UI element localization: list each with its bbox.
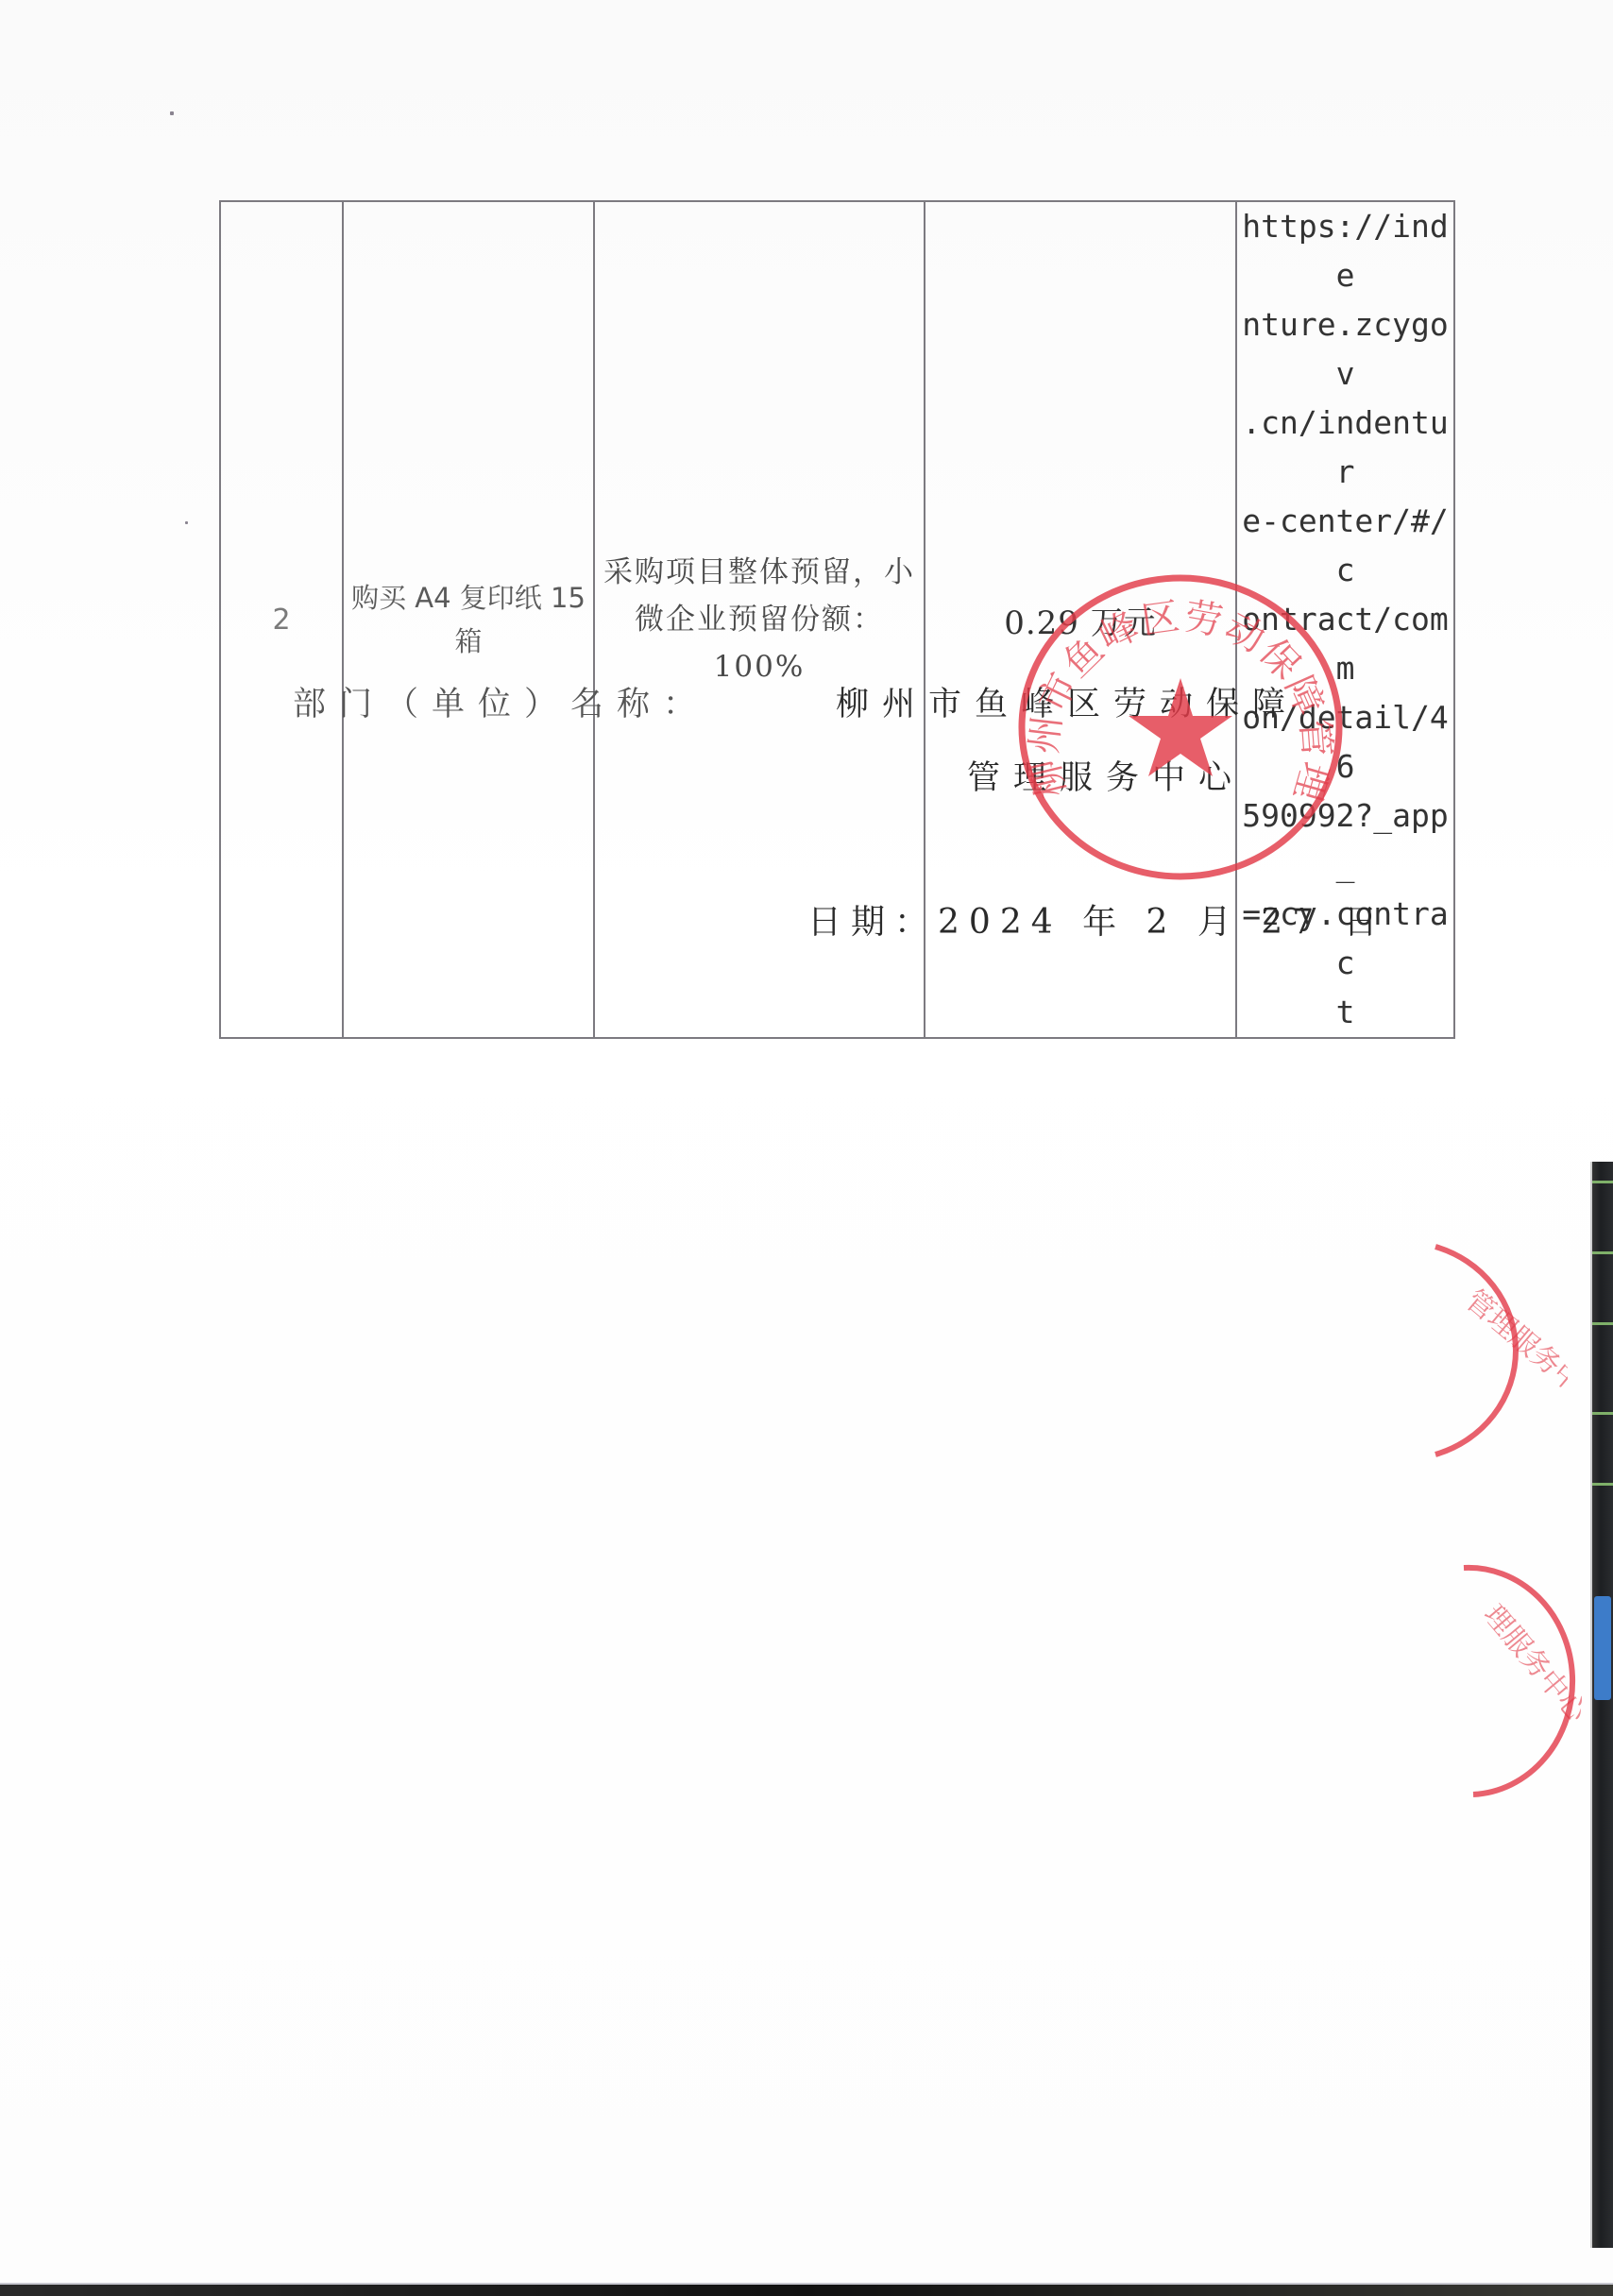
link-line[interactable]: 590992?_app_ — [1242, 797, 1449, 883]
link-line[interactable]: e-center/#/c — [1242, 502, 1449, 588]
row-number: 2 — [220, 201, 343, 1038]
unit-label: 部门（单位）名称： — [293, 678, 709, 725]
svg-text:管理服务中心: 管理服务中心 — [1459, 1284, 1568, 1419]
link-line[interactable]: nture.zcygov — [1242, 306, 1449, 392]
partial-seal-top: 管理服务中心 — [1426, 1237, 1568, 1464]
document-page: 2 购买 A4 复印纸 15 箱 采购项目整体预留，小微企业预留份额：100% … — [0, 0, 1613, 2296]
link-line[interactable]: ontract/comm — [1242, 601, 1449, 687]
scan-speck — [170, 111, 174, 115]
svg-text:理服务中心: 理服务中心 — [1477, 1599, 1587, 1729]
date-line: 日期：2024 年 2 月 27 日 — [807, 895, 1387, 944]
link-line[interactable]: https://inde — [1242, 208, 1449, 294]
partial-seal-bottom: 理服务中心 — [1454, 1558, 1587, 1804]
link-line[interactable]: t — [1241, 988, 1450, 1037]
background-bottom-edge — [0, 2283, 1613, 2296]
link-line[interactable]: .cn/indentur — [1242, 404, 1449, 490]
background-edge — [1590, 1162, 1613, 2248]
unit-name-line2: 管理服务中心 — [967, 752, 1245, 799]
scan-speck — [185, 521, 188, 524]
date-value: 2024 年 2 月 27 日 — [938, 903, 1387, 942]
item-cell: 购买 A4 复印纸 15 箱 — [343, 201, 594, 1038]
unit-name-line1: 柳州市鱼峰区劳动保障 — [836, 678, 1299, 725]
date-label: 日期： — [807, 903, 938, 942]
